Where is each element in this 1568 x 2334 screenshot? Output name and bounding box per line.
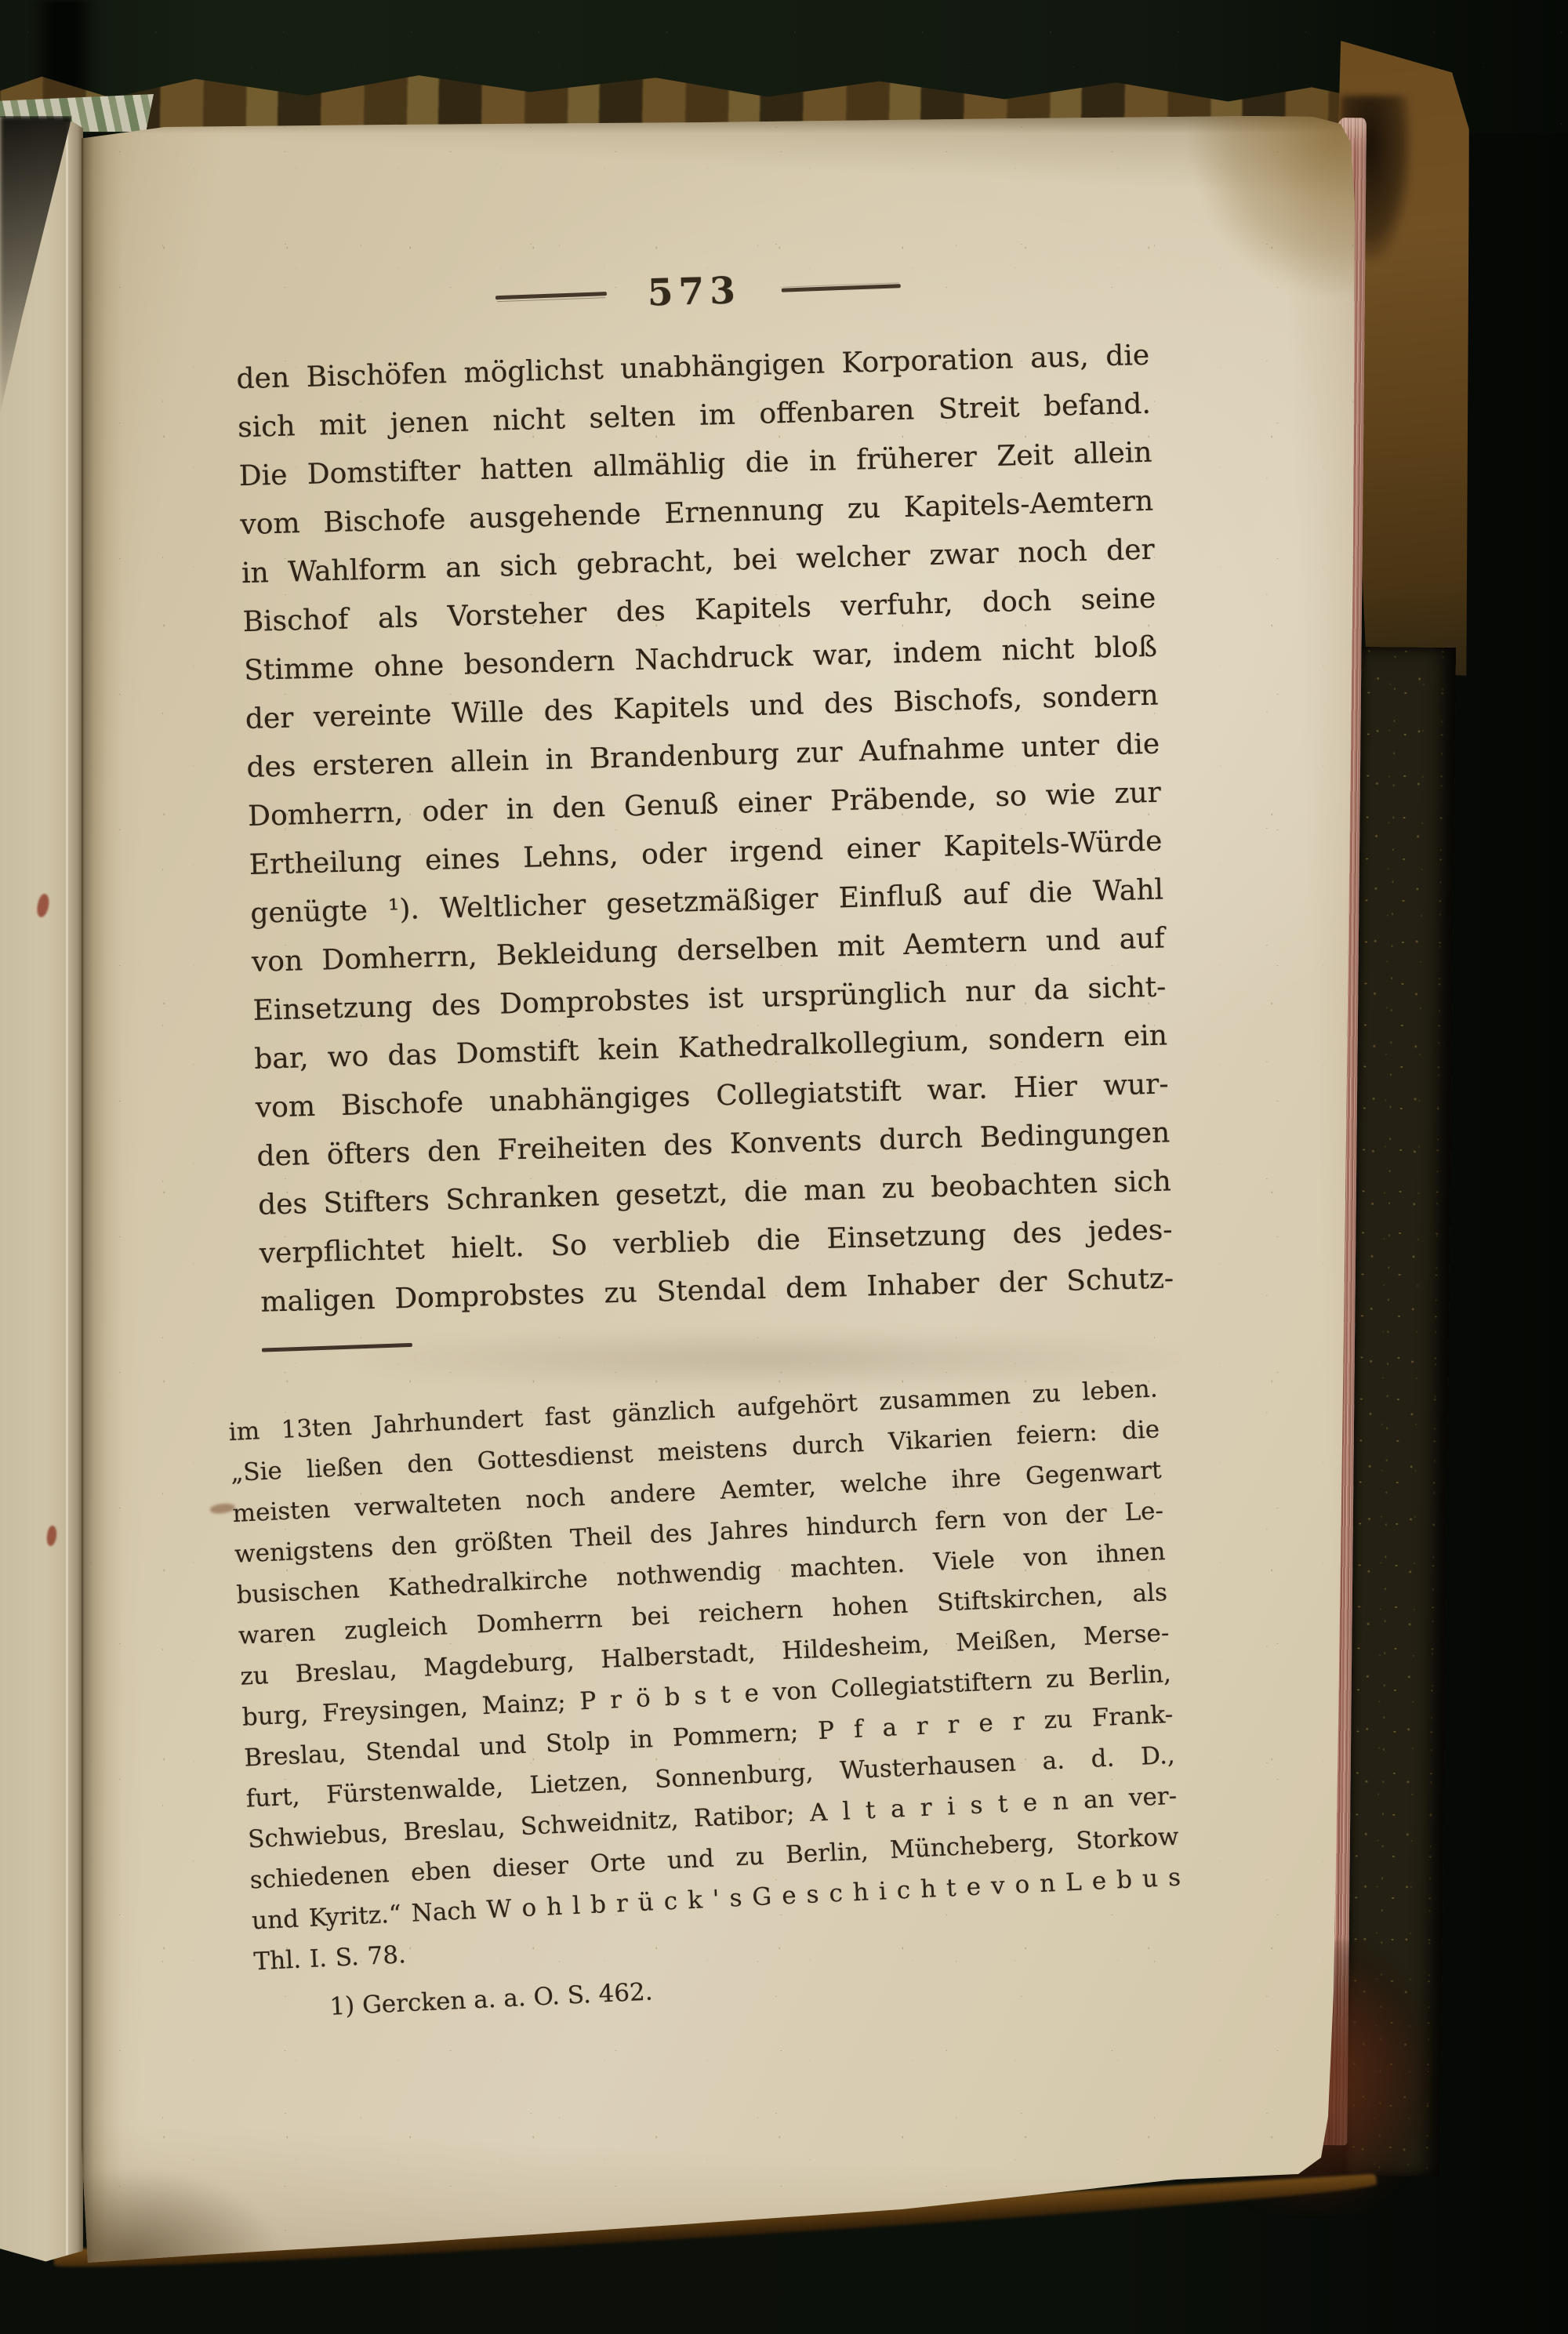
facing-page-edge [0, 118, 83, 2266]
book-photo: 573 den Bischöfen möglichst unabhängigen… [0, 0, 1568, 2334]
paper-speckles [82, 110, 1361, 2275]
page: 573 den Bischöfen möglichst unabhängigen… [82, 110, 1361, 2275]
